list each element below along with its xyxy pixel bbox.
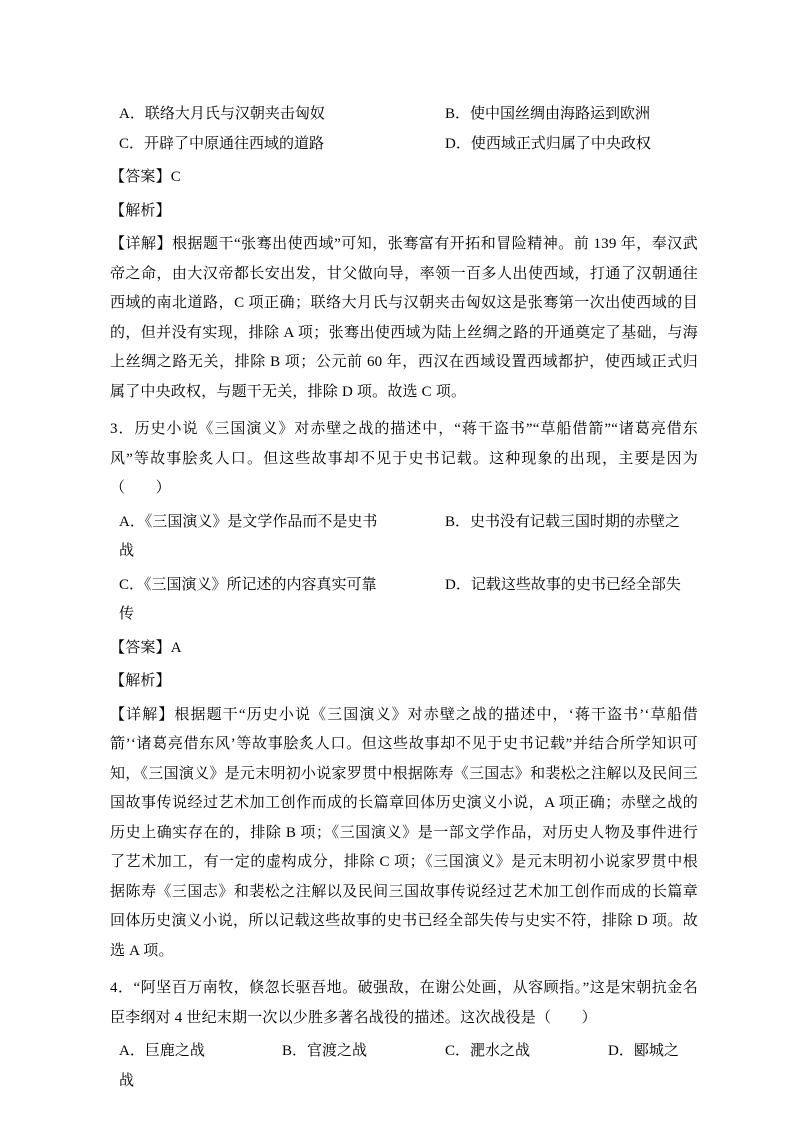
q3-options-row-1: A．《三国演义》是文学作品而不是史书 B．史书没有记载三国时期的赤壁之 [110, 508, 698, 538]
q4-stem: 4．“阿坚百万南牧，倏忽长驱吾地。破强敌，在谢公处画，从容顾指。”这是宋朝抗金名… [110, 974, 698, 1033]
q4-option-d: D．郾城之 [608, 1037, 679, 1067]
q2-options-row-1: A．联络大月氏与汉朝夹击匈奴 B．使中国丝绸由海路运到欧洲 [110, 100, 698, 130]
q3-option-a: A．《三国演义》是文学作品而不是史书 [119, 514, 377, 530]
q2-options-row-2: C．开辟了中原通往西域的道路 D．使西域正式归属了中央政权 [110, 130, 698, 160]
q3-stem: 3．历史小说《三国演义》对赤壁之战的描述中，“蒋干盗书”“草船借箭”“诸葛亮借东… [110, 415, 698, 504]
document-page: A．联络大月氏与汉朝夹击匈奴 B．使中国丝绸由海路运到欧洲 C．开辟了中原通往西… [0, 0, 794, 1123]
q3-detail-paragraph: 【详解】根据题干“历史小说《三国演义》对赤壁之战的描述中，‘蒋干盗书’‘草船借箭… [110, 701, 698, 967]
q2-option-d: D．使西域正式归属了中央政权 [445, 130, 651, 160]
q3-option-c: C．《三国演义》所记述的内容真实可靠 [119, 577, 377, 593]
q4-option-a: A．巨鹿之战 [119, 1043, 205, 1059]
q3-option-d: D．记载这些故事的史书已经全部失 [445, 571, 681, 601]
q4-option-c: C．淝水之战 [445, 1037, 530, 1067]
q4-option-d-wrap: 战 [110, 1067, 698, 1097]
q4-option-b: B．官渡之战 [282, 1037, 367, 1067]
q3-option-b: B．史书没有记载三国时期的赤壁之 [445, 508, 680, 538]
q2-option-a: A．联络大月氏与汉朝夹击匈奴 [119, 106, 325, 122]
q3-option-b-wrap: 战 [110, 537, 698, 567]
q2-analysis-label: 【解析】 [110, 197, 698, 227]
q2-option-b: B．使中国丝绸由海路运到欧洲 [445, 100, 650, 130]
q3-answer-line: 【答案】A [110, 634, 698, 664]
q2-detail-paragraph: 【详解】根据题干“张骞出使西域”可知，张骞富有开拓和冒险精神。前 139 年，奉… [110, 230, 698, 407]
q3-options-row-2: C．《三国演义》所记述的内容真实可靠 D．记载这些故事的史书已经全部失 [110, 571, 698, 601]
q3-option-d-wrap: 传 [110, 600, 698, 630]
q3-analysis-label: 【解析】 [110, 667, 698, 697]
q4-options-row: A．巨鹿之战 B．官渡之战 C．淝水之战 D．郾城之 [110, 1037, 698, 1067]
q2-option-c: C．开辟了中原通往西域的道路 [119, 136, 324, 152]
q2-answer-line: 【答案】C [110, 163, 698, 193]
